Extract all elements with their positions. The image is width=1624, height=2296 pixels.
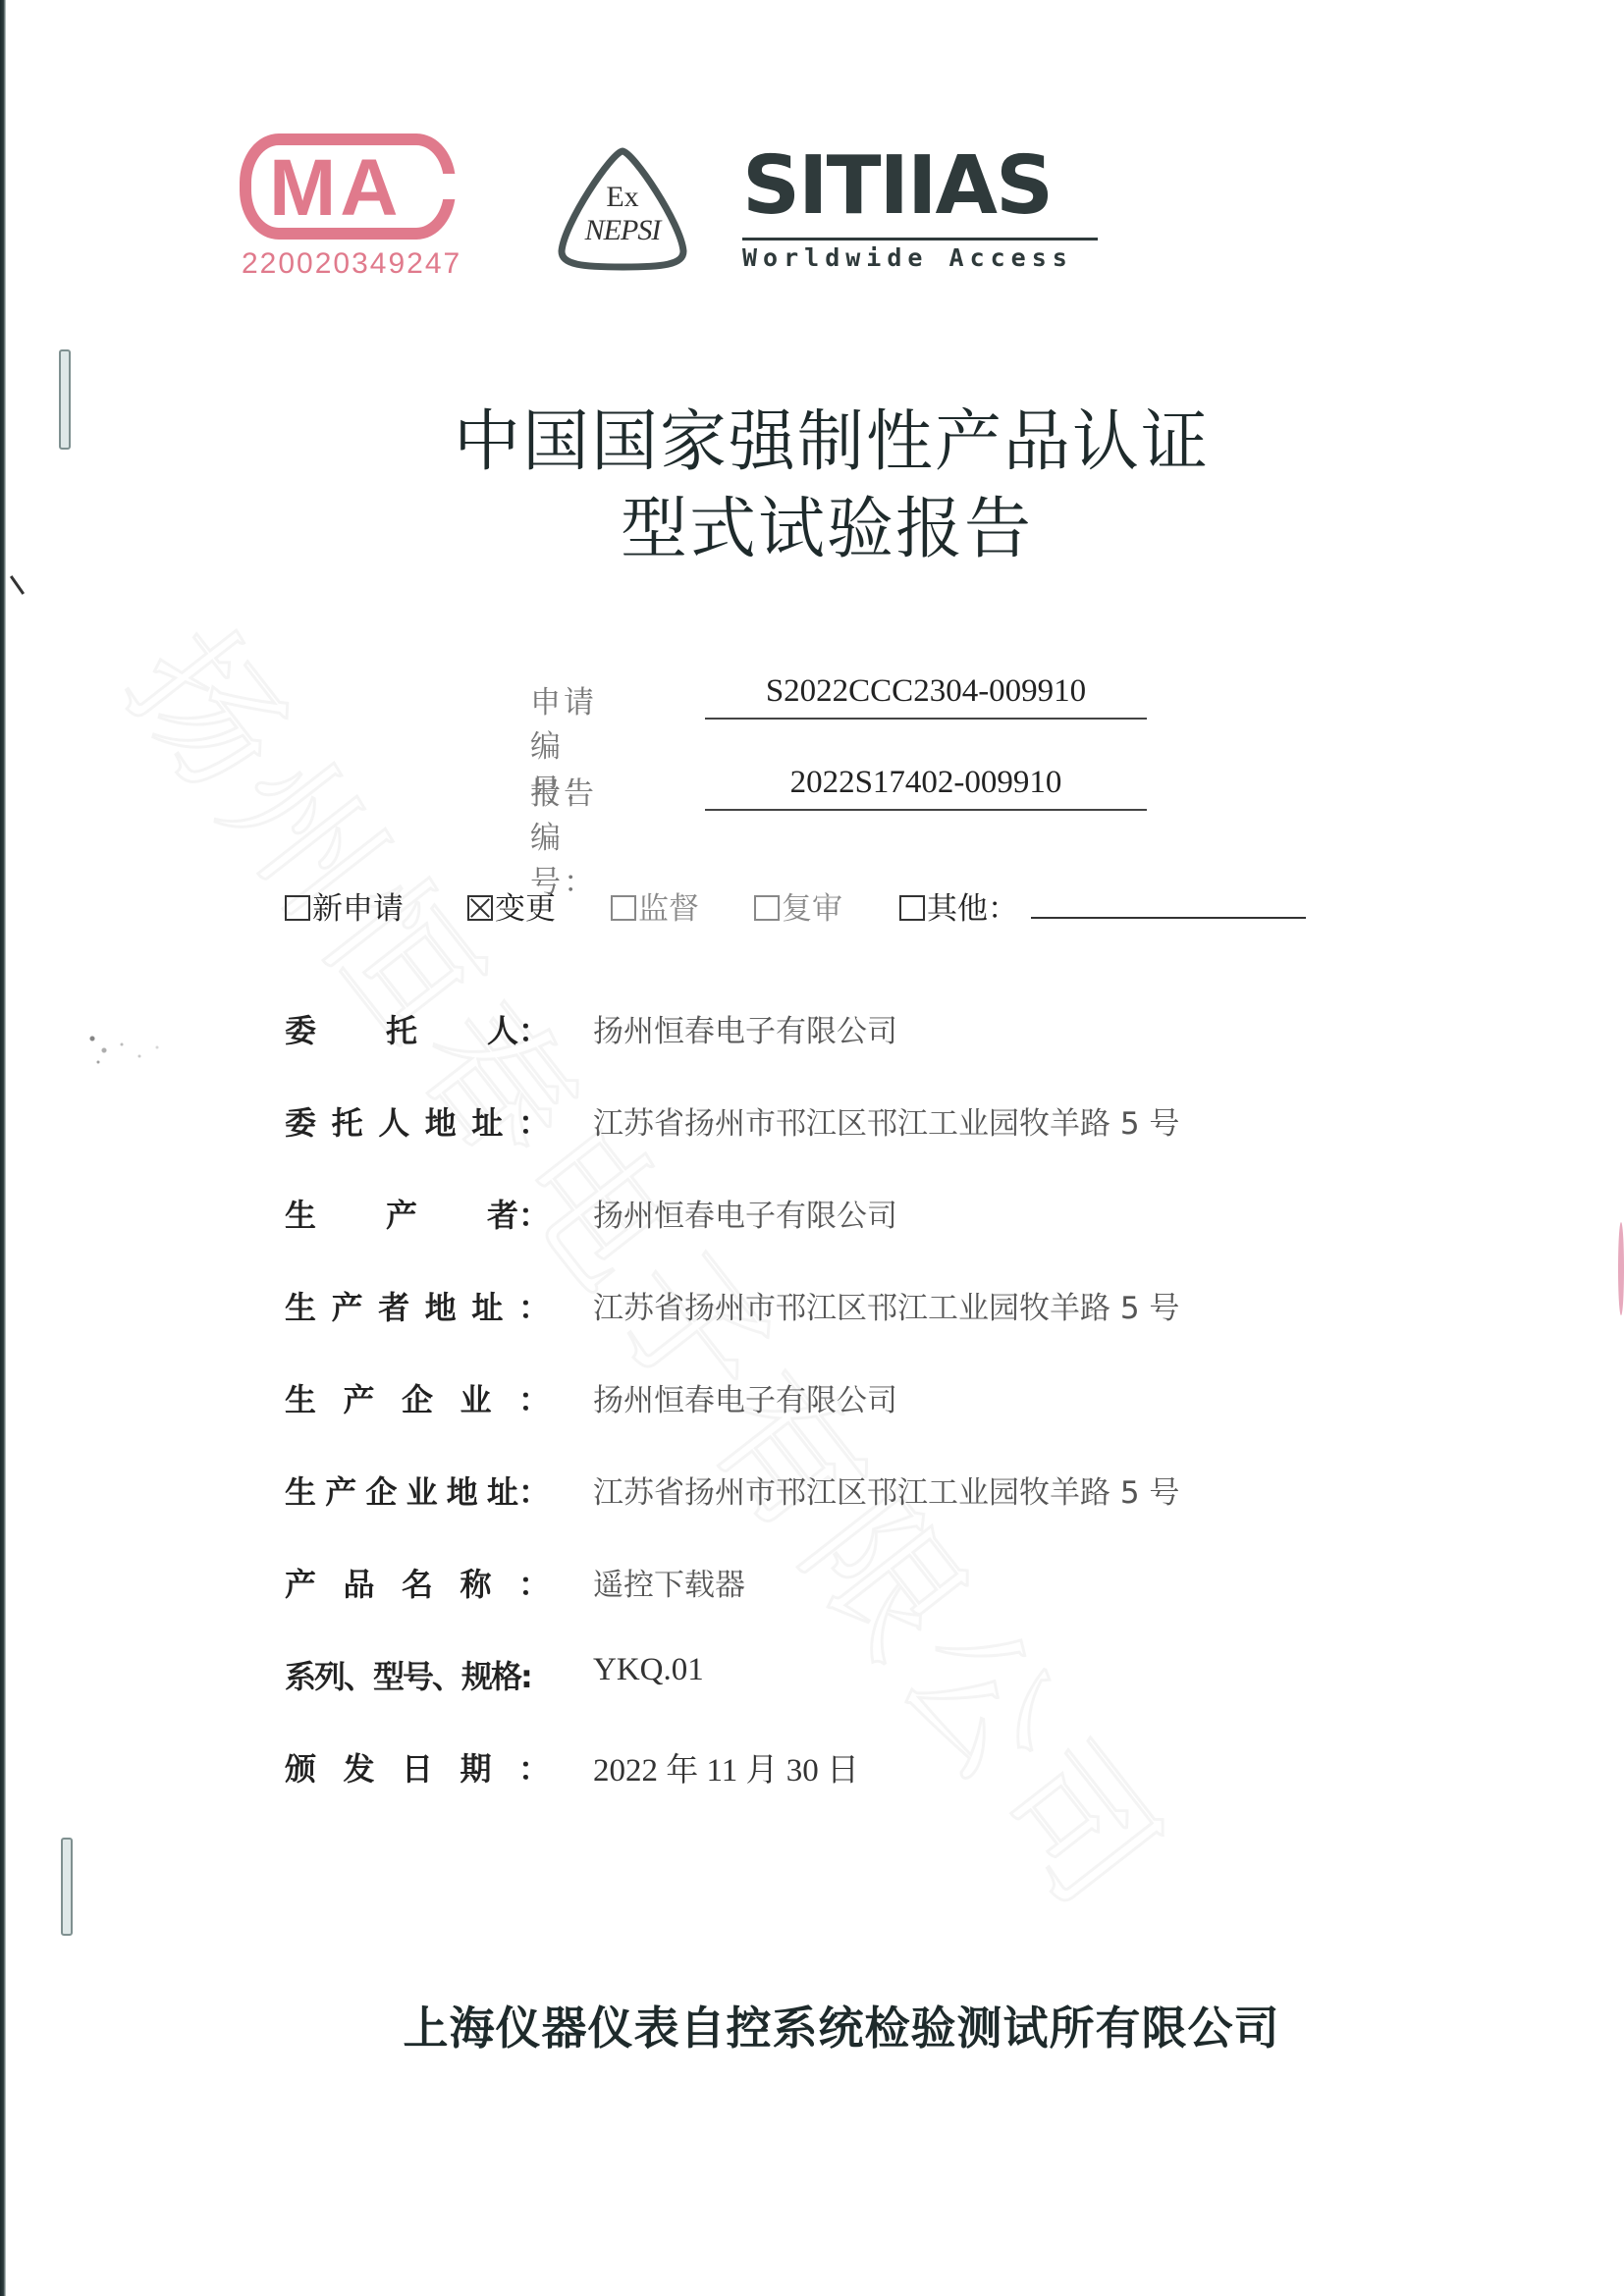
nepsi-name-text: NEPSI [554,214,691,247]
field-value: 2022 年 11 月 30 日 [593,1744,859,1790]
field-label: 委托人： [285,1006,550,1051]
field-label: 生产企业： [285,1375,550,1420]
field-factory: 生产企业： 扬州恒春电子有限公司 [285,1375,1365,1424]
field-value: 江苏省扬州市邗江区邗江工业园牧羊路 5 号 [593,1468,1179,1512]
field-factory-address: 生产企业地址： 江苏省扬州市邗江区邗江工业园牧羊路 5 号 [285,1468,1365,1517]
sitiias-wordmark: SITIIAS [742,139,1052,234]
sitiias-divider [742,238,1098,240]
cma-number: 220020349247 [242,247,461,281]
field-value: 江苏省扬州市邗江区邗江工业园牧羊路 5 号 [593,1098,1179,1143]
cma-logo: MA 220020349247 [240,133,460,246]
scan-scratch [10,575,25,595]
field-client-address: 委托人地址： 江苏省扬州市邗江区邗江工业园牧羊路 5 号 [285,1098,1365,1148]
title-line-2: 型式试验报告 [29,485,1624,575]
field-label: 生产企业地址： [285,1468,550,1513]
sitiias-logo: SITIIAS Worldwide Access [742,139,1102,277]
field-value: 扬州恒春电子有限公司 [593,1191,897,1235]
field-value: 遥控下载器 [593,1560,745,1604]
report-number-label: 报告编号： [530,769,597,901]
document-title: 中国国家强制性产品认证 型式试验报告 [0,400,1624,575]
field-label: 委托人地址： [285,1098,550,1144]
field-label: 颁发日期： [285,1744,550,1789]
issuing-organization: 上海仪器仪表自控系统检验测试所有限公司 [29,1993,1624,2057]
checkbox-other[interactable]: 其他： [899,883,1018,928]
field-product-name: 产品名称： 遥控下载器 [285,1560,1365,1609]
field-model: 系列、型号、规格: YKQ.01 [285,1652,1365,1701]
scan-speckle [69,1021,187,1080]
seal-edge-mark [1618,1222,1624,1315]
field-value: YKQ.01 [593,1652,704,1688]
checked-box-icon [467,895,493,921]
field-label: 生产者： [285,1191,550,1236]
field-client: 委托人： 扬州恒春电子有限公司 [285,1006,1365,1055]
field-value: 江苏省扬州市邗江区邗江工业园牧羊路 5 号 [593,1283,1179,1327]
cma-letters: MA [269,139,403,238]
checkbox-change[interactable]: 变更 [467,883,556,928]
other-blank-line [1031,917,1306,919]
unchecked-box-icon [899,895,925,921]
checkbox-supervision[interactable]: 监督 [611,883,699,928]
nepsi-logo: Ex NEPSI [554,145,691,273]
nepsi-ex-text: Ex [554,181,691,214]
field-issue-date: 颁发日期： 2022 年 11 月 30 日 [285,1744,1365,1793]
title-line-1: 中国国家强制性产品认证 [39,400,1624,485]
unchecked-box-icon [754,895,780,921]
sitiias-tagline: Worldwide Access [742,243,1102,272]
checkbox-new-application[interactable]: 新申请 [285,883,404,928]
application-type-checkboxes: 新申请 变更 监督 复审 其他： [285,883,1316,933]
staple-mark-bottom [61,1838,73,1936]
unchecked-box-icon [285,895,310,921]
field-label: 系列、型号、规格: [285,1652,550,1697]
application-number-value: S2022CCC2304-009910 [705,673,1147,720]
checkbox-review[interactable]: 复审 [754,883,842,928]
field-value: 扬州恒春电子有限公司 [593,1375,897,1419]
scan-edge [0,0,6,2296]
report-number-value: 2022S17402-009910 [705,765,1147,811]
field-manufacturer: 生产者： 扬州恒春电子有限公司 [285,1191,1365,1240]
field-value: 扬州恒春电子有限公司 [593,1006,897,1050]
field-label: 生产者地址： [285,1283,550,1328]
unchecked-box-icon [611,895,636,921]
field-manufacturer-address: 生产者地址： 江苏省扬州市邗江区邗江工业园牧羊路 5 号 [285,1283,1365,1332]
field-label: 产品名称： [285,1560,550,1605]
